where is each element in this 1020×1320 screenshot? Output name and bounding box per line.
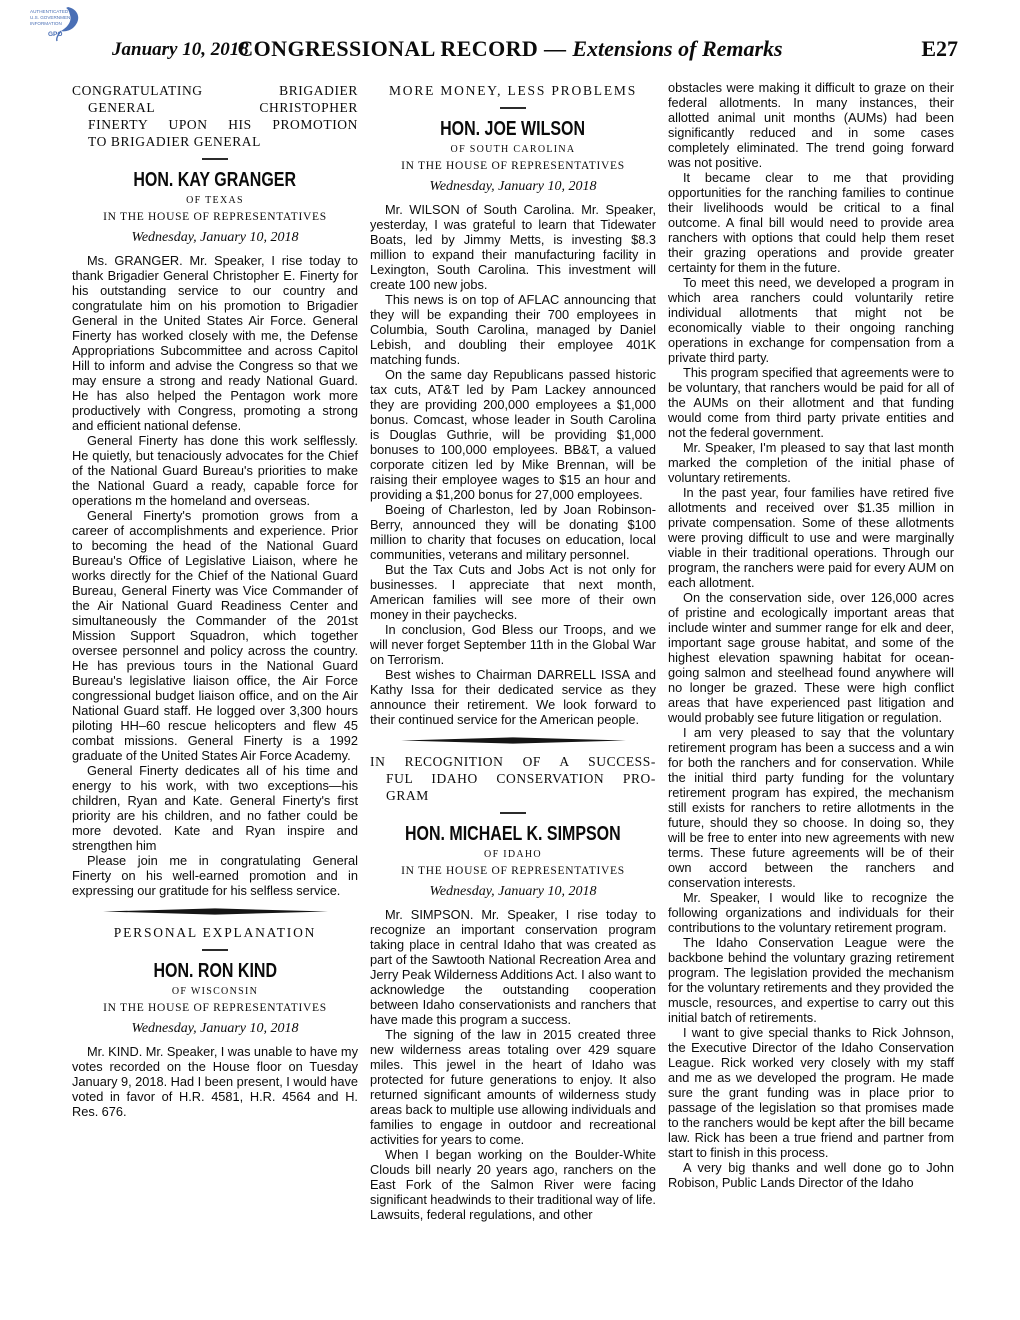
paragraph: General Finerty's promotion grows from a… <box>72 508 358 763</box>
paragraph: Mr. KIND. Mr. Speaker, I was unable to h… <box>72 1044 358 1119</box>
speaker-state: OF TEXAS <box>72 195 358 206</box>
paragraph: Boeing of Charleston, led by Joan Robins… <box>370 502 656 562</box>
speaker-name: HON. MICHAEL K. SIMPSON <box>405 823 621 846</box>
section-title-line: IN RECOGNITION OF A SUCCESS- <box>370 753 656 770</box>
speaker-date: Wednesday, January 10, 2018 <box>72 230 358 246</box>
section-title-line: FINERTY UPON HIS PROMOTION <box>72 116 358 133</box>
gpo-seal-line2: U.S. GOVERNMENT <box>30 15 73 20</box>
speaker-name: HON. RON KIND <box>153 960 277 983</box>
masthead-title: CONGRESSIONAL RECORD — Extensions of Rem… <box>0 36 1020 62</box>
speaker-block-wilson: HON. JOE WILSON OF SOUTH CAROLINA IN THE… <box>370 117 656 195</box>
title-rule <box>500 812 526 814</box>
section-title-line: FUL IDAHO CONSERVATION PRO- <box>370 770 656 787</box>
congressional-record-page: AUTHENTICATED U.S. GOVERNMENT INFORMATIO… <box>0 0 1020 1320</box>
masthead-title-separator: — <box>538 36 572 61</box>
paragraph: Mr. SIMPSON. Mr. Speaker, I rise today t… <box>370 907 656 1027</box>
paragraph: I am very pleased to say that the volunt… <box>668 725 954 890</box>
title-rule <box>202 949 228 951</box>
article-body-granger: Ms. GRANGER. Mr. Speaker, I rise today t… <box>72 253 358 898</box>
section-title-line: GENERAL CHRISTOPHER <box>72 99 358 116</box>
masthead: January 10, 2018 CONGRESSIONAL RECORD — … <box>0 36 1020 70</box>
section-title-idaho-recognition: IN RECOGNITION OF A SUCCESS- FUL IDAHO C… <box>370 753 656 804</box>
masthead-title-italic: Extensions of Remarks <box>572 36 782 61</box>
speaker-state: OF SOUTH CAROLINA <box>370 144 656 155</box>
swell-rule-divider <box>401 737 626 744</box>
speaker-block-simpson: HON. MICHAEL K. SIMPSON OF IDAHO IN THE … <box>370 822 656 900</box>
speaker-state: OF IDAHO <box>370 849 656 860</box>
columns: CONGRATULATING BRIGADIER GENERAL CHRISTO… <box>72 80 954 1222</box>
section-title-congratulating: CONGRATULATING BRIGADIER GENERAL CHRISTO… <box>72 82 358 150</box>
article-body-simpson-continued: obstacles were making it difficult to gr… <box>668 80 954 1190</box>
speaker-chamber: IN THE HOUSE OF REPRESENTATIVES <box>370 160 656 172</box>
speaker-chamber: IN THE HOUSE OF REPRESENTATIVES <box>72 1002 358 1014</box>
paragraph: A very big thanks and well done go to Jo… <box>668 1160 954 1190</box>
paragraph: But the Tax Cuts and Jobs Act is not onl… <box>370 562 656 622</box>
title-rule <box>500 107 526 109</box>
paragraph: General Finerty has done this work selfl… <box>72 433 358 508</box>
paragraph: Ms. GRANGER. Mr. Speaker, I rise today t… <box>72 253 358 433</box>
page-number: E27 <box>921 36 958 62</box>
speaker-block-granger: HON. KAY GRANGER OF TEXAS IN THE HOUSE O… <box>72 168 358 246</box>
paragraph: To meet this need, we developed a progra… <box>668 275 954 365</box>
paragraph: Please join me in congratulating General… <box>72 853 358 898</box>
speaker-chamber: IN THE HOUSE OF REPRESENTATIVES <box>72 211 358 223</box>
article-body-simpson: Mr. SIMPSON. Mr. Speaker, I rise today t… <box>370 907 656 1222</box>
speaker-date: Wednesday, January 10, 2018 <box>370 179 656 195</box>
section-title-more-money: MORE MONEY, LESS PROBLEMS <box>370 82 656 99</box>
column-1: CONGRATULATING BRIGADIER GENERAL CHRISTO… <box>72 80 358 1222</box>
paragraph: General Finerty dedicates all of his tim… <box>72 763 358 853</box>
paragraph: In the past year, four families have ret… <box>668 485 954 590</box>
paragraph: This program specified that agreements w… <box>668 365 954 440</box>
section-title-line: TO BRIGADIER GENERAL <box>72 133 358 150</box>
paragraph: This news is on top of AFLAC announcing … <box>370 292 656 367</box>
speaker-date: Wednesday, January 10, 2018 <box>370 884 656 900</box>
paragraph: Mr. WILSON of South Carolina. Mr. Speake… <box>370 202 656 292</box>
paragraph: Mr. Speaker, I would like to recognize t… <box>668 890 954 935</box>
speaker-name: HON. KAY GRANGER <box>134 169 297 192</box>
section-title-line: GRAM <box>370 787 656 804</box>
section-title-personal-explanation: PERSONAL EXPLANATION <box>72 924 358 941</box>
paragraph: I want to give special thanks to Rick Jo… <box>668 1025 954 1160</box>
column-2: MORE MONEY, LESS PROBLEMS HON. JOE WILSO… <box>370 80 656 1222</box>
paragraph: Mr. Speaker, I'm pleased to say that las… <box>668 440 954 485</box>
article-body-kind: Mr. KIND. Mr. Speaker, I was unable to h… <box>72 1044 358 1119</box>
title-rule <box>202 158 228 160</box>
paragraph: obstacles were making it difficult to gr… <box>668 80 954 170</box>
paragraph: When I began working on the Boulder-Whit… <box>370 1147 656 1222</box>
speaker-date: Wednesday, January 10, 2018 <box>72 1021 358 1037</box>
paragraph: In conclusion, God Bless our Troops, and… <box>370 622 656 667</box>
speaker-chamber: IN THE HOUSE OF REPRESENTATIVES <box>370 865 656 877</box>
paragraph: On the conservation side, over 126,000 a… <box>668 590 954 725</box>
column-3: obstacles were making it difficult to gr… <box>668 80 954 1222</box>
paragraph: The signing of the law in 2015 created t… <box>370 1027 656 1147</box>
paragraph: On the same day Republicans passed histo… <box>370 367 656 502</box>
paragraph: Best wishes to Chairman DARRELL ISSA and… <box>370 667 656 727</box>
speaker-block-kind: HON. RON KIND OF WISCONSIN IN THE HOUSE … <box>72 959 358 1037</box>
paragraph: The Idaho Conservation League were the b… <box>668 935 954 1025</box>
gpo-seal-line1: AUTHENTICATED <box>30 9 69 14</box>
swell-rule-divider <box>103 908 328 915</box>
speaker-name: HON. JOE WILSON <box>441 118 586 141</box>
article-body-wilson: Mr. WILSON of South Carolina. Mr. Speake… <box>370 202 656 727</box>
gpo-seal-line3: INFORMATION <box>30 21 62 26</box>
paragraph: It became clear to me that providing opp… <box>668 170 954 275</box>
masthead-title-main: CONGRESSIONAL RECORD <box>237 36 538 61</box>
section-title-line: CONGRATULATING BRIGADIER <box>72 82 358 99</box>
speaker-state: OF WISCONSIN <box>72 986 358 997</box>
